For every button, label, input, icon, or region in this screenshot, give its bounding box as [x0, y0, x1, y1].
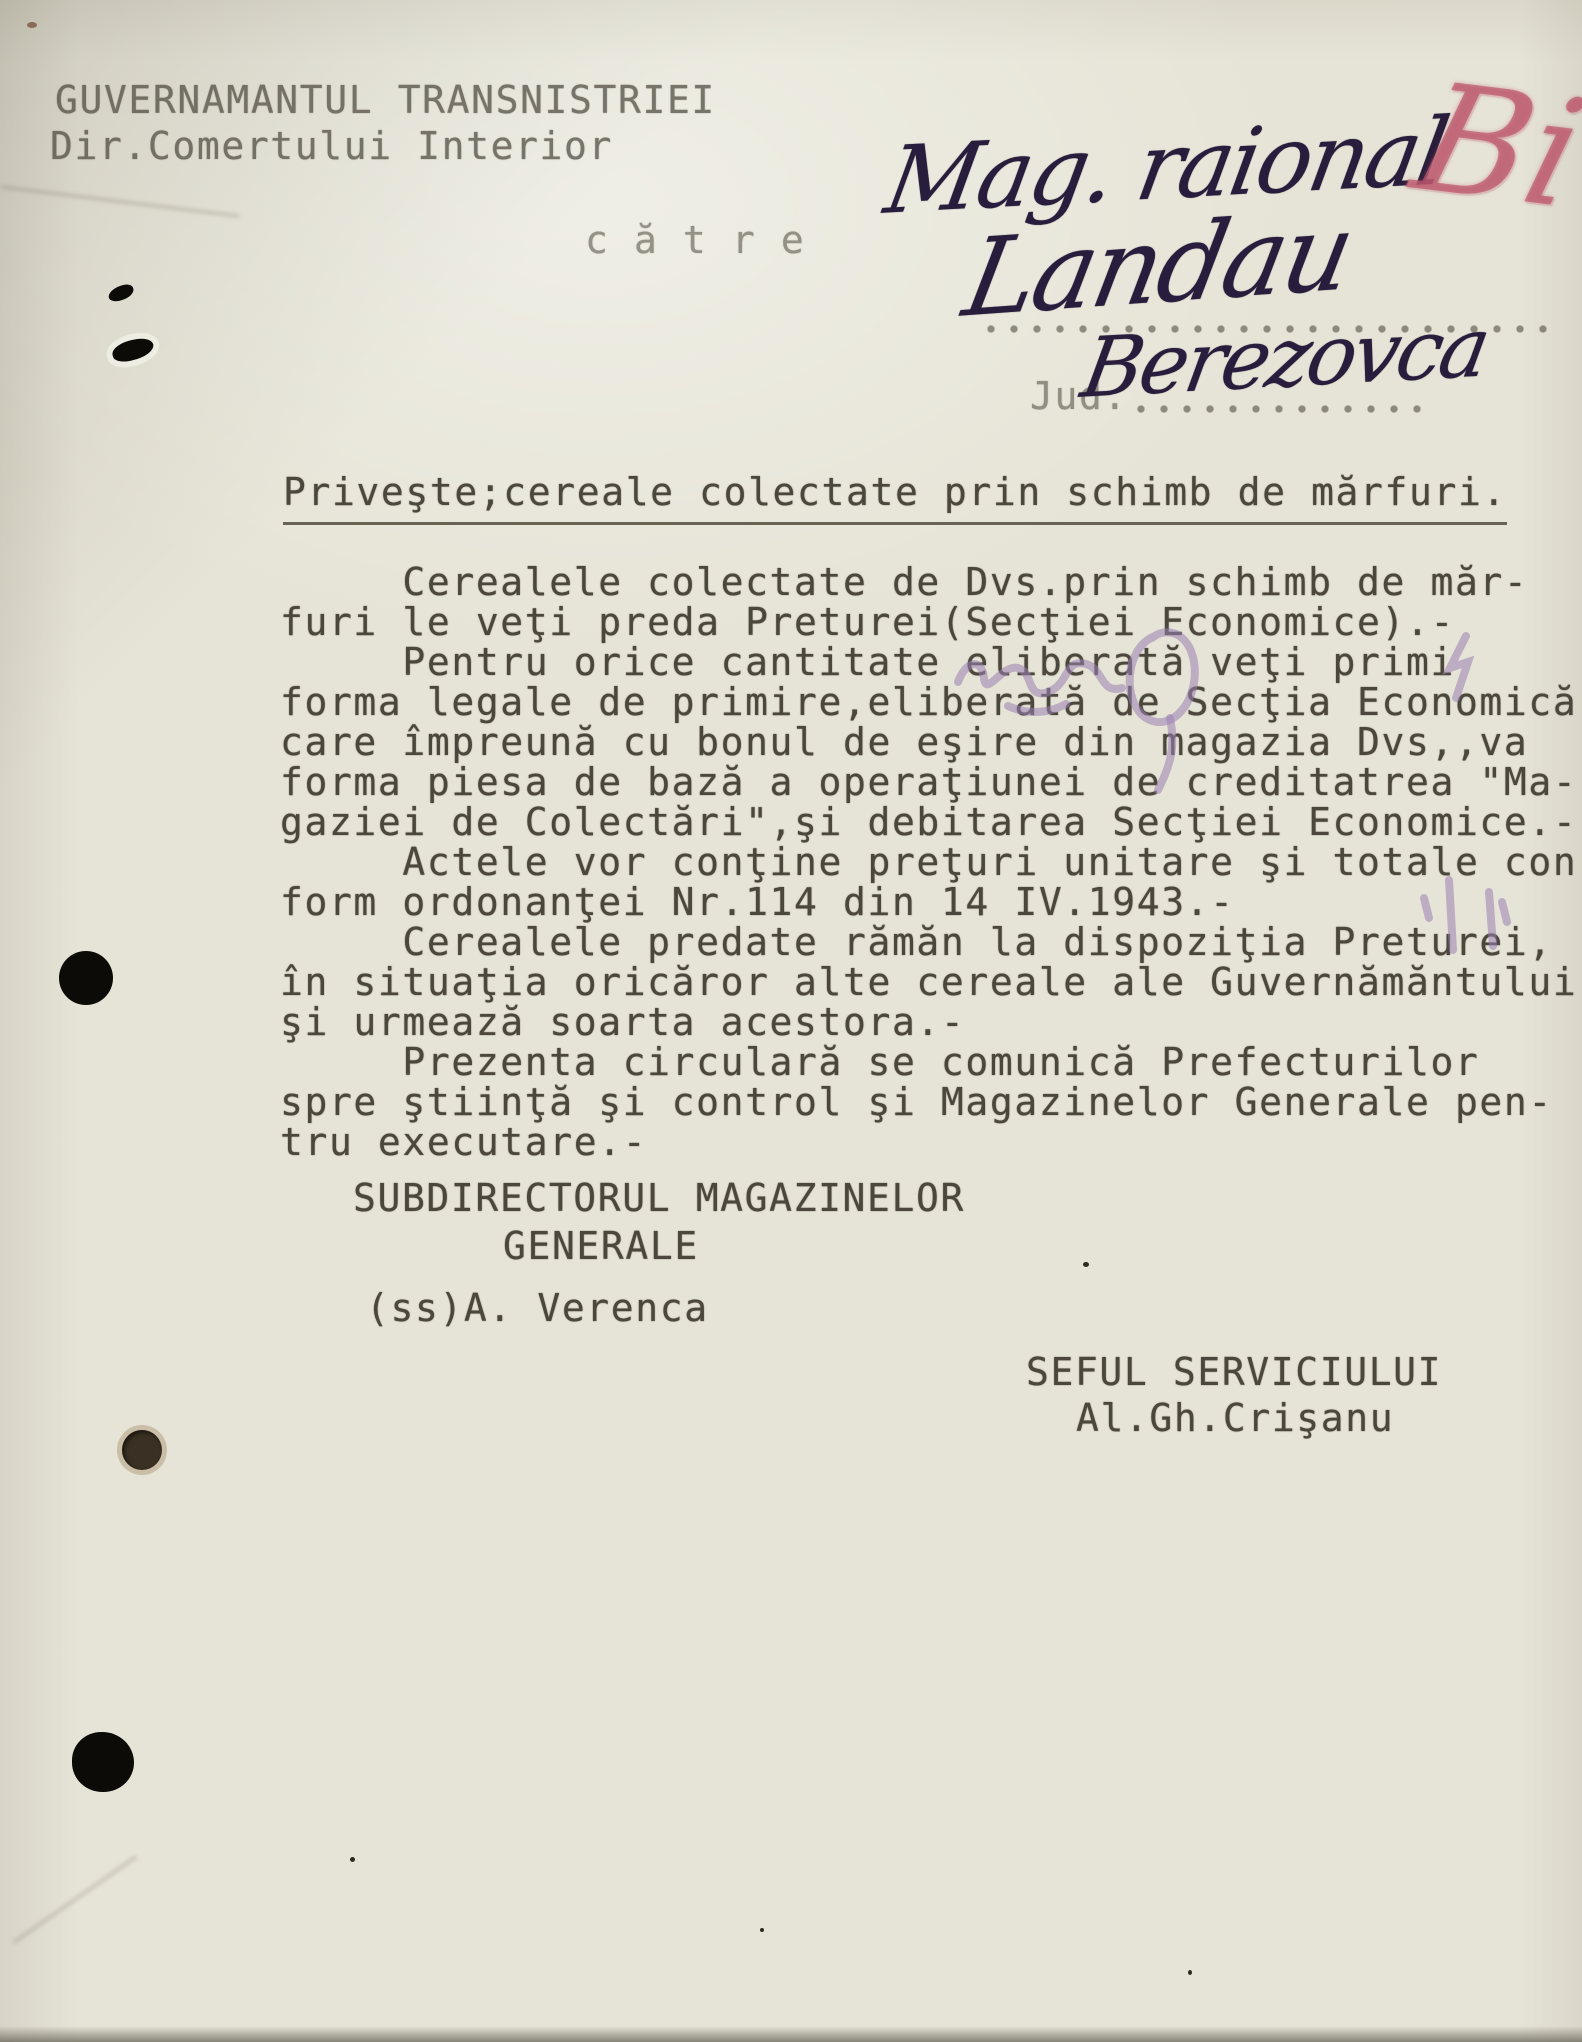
paper-speck: [27, 22, 37, 28]
right-signature-title: SEFUL SERVICIULUI: [1026, 1352, 1442, 1392]
crayon-corner-mark: Bi: [1398, 52, 1582, 241]
paper-speck: [1083, 1262, 1089, 1267]
punch-hole-bottom: [72, 1732, 134, 1792]
paper-speck: [760, 1928, 764, 1932]
body-line: şi urmează soarta acestora.-: [280, 1002, 1577, 1042]
letterhead-dept: Dir.Comertului Interior: [50, 126, 613, 166]
body-line: tru executare.-: [280, 1122, 1577, 1162]
body-line: Actele vor conţine preţuri unitare şi to…: [280, 842, 1577, 882]
body-lines: Cerealele colectate de Dvs.prin schimb d…: [280, 562, 1577, 1162]
punch-hole-top: [59, 951, 113, 1005]
left-signature-title-1: SUBDIRECTORUL MAGAZINELOR: [353, 1178, 965, 1218]
body-line: furi le veţi preda Preturei(Secţiei Econ…: [280, 602, 1577, 642]
body-line: Pentru orice cantitate eliberată veţi pr…: [280, 642, 1577, 682]
body-line: în situaţia oricăror alte cereale ale Gu…: [280, 962, 1577, 1002]
paper-hole-small: [122, 1430, 162, 1470]
paper-speck: [350, 1857, 355, 1862]
paper-crease: [13, 1855, 138, 1943]
body-line: gaziei de Colectări",şi debitarea Secţie…: [280, 802, 1577, 842]
body-line: forma legale de primire,eliberată de Sec…: [280, 682, 1577, 722]
body-line: Cerealele predate rămăn la dispoziţia Pr…: [280, 922, 1577, 962]
body-line: forma piesa de bază a operaţiunei de cre…: [280, 762, 1577, 802]
paper-tear-1: [106, 282, 135, 303]
letterhead-org: GUVERNAMANTUL TRANSNISTRIEI: [55, 80, 716, 120]
paper-crease: [1, 185, 240, 217]
left-signature-title-2: GENERALE: [503, 1226, 699, 1266]
right-signature-name: Al.Gh.Crişanu: [1076, 1398, 1394, 1438]
body-line: care împreună cu bonul de eşire din maga…: [280, 722, 1577, 762]
paper-speck: [1188, 1970, 1192, 1975]
body-line: Cerealele colectate de Dvs.prin schimb d…: [280, 562, 1577, 602]
left-signature-name: (ss)A. Verenca: [366, 1288, 709, 1328]
subject-line: Priveşte;cereale colectate prin schimb d…: [283, 470, 1507, 525]
document-page: GUVERNAMANTUL TRANSNISTRIEI Dir.Comertul…: [0, 0, 1582, 2042]
catre-label: c ă t r e: [585, 220, 805, 260]
body-line: form ordonanţei Nr.114 din 14 IV.1943.-: [280, 882, 1577, 922]
paper-tear-2: [110, 336, 155, 364]
body-line: spre ştiinţă şi control şi Magazinelor G…: [280, 1082, 1577, 1122]
body-line: Prezenta circulară se comunică Prefectur…: [280, 1042, 1577, 1082]
